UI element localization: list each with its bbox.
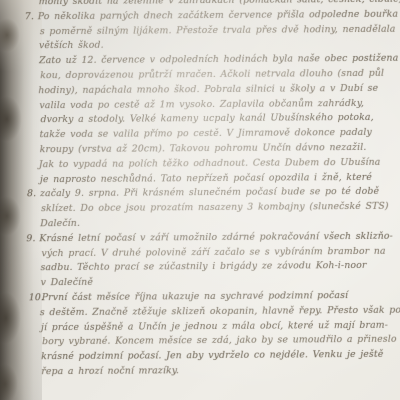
line-text: v Dalečíně [41, 277, 93, 288]
line-text: jí práce úspěšně a Unčín je jednou z mál… [41, 319, 388, 332]
line-text: První část měsíce října ukazuje na sychr… [42, 290, 348, 303]
paragraph-number: 10. [29, 291, 44, 306]
line-text: takže voda se valila přímo po cestě. V J… [40, 127, 372, 140]
line-text: Zato už 12. července v odpoledních hodin… [39, 53, 400, 67]
line-text: Krásné letní počasí v září umožnilo zdár… [39, 230, 393, 243]
line-text: hodiny), napáchala mnoho škod. Pobrala s… [38, 83, 378, 96]
paragraph-number: 9. [26, 232, 35, 247]
line-text: Jak to vypadá na polích těžko odhadnout.… [39, 157, 381, 170]
scan-blotch [0, 18, 20, 52]
line-text: kou, doprovázenou průtrží mračen. Ačkoli… [40, 68, 384, 81]
scan-blotch [0, 364, 18, 400]
paragraph-number: 8. [27, 188, 36, 203]
scanned-page: mohly škodit na zelenině v zahrádkách (p… [0, 0, 400, 400]
scan-blotch [0, 292, 21, 344]
paragraph-number: 7. [25, 10, 34, 25]
line-text: vých prací. V druhé polovině září začalo… [41, 245, 385, 258]
line-text: Dalečín. [40, 218, 80, 229]
line-text: valila voda po cestě až 1m vysoko. Zapla… [39, 98, 364, 111]
line-text: Po několika parných dnech začátkem červe… [38, 8, 398, 22]
manuscript-text: mohly škodit na zelenině v zahrádkách (p… [39, 0, 384, 380]
line-text: začaly 9. srpna. Při krásném slunečném p… [40, 186, 379, 199]
line-text: mohly škodit na zelenině v zahrádkách (p… [39, 0, 400, 7]
line-text: dvorky a stodoly. Velké kameny ucpaly ka… [40, 112, 373, 125]
scan-blotch [0, 96, 22, 142]
line-text: s poměrně silným lijákem. Přestože trval… [40, 23, 396, 36]
line-text: krásné podzimní počasí. Jen aby vydrželo… [41, 349, 383, 362]
line-text: kroupy (vrstva až 20cm). Takovou pohromu… [40, 142, 367, 155]
text-line: řepa a hrozí noční mrazíky. [41, 363, 383, 380]
line-text: s deštěm. Značně ztěžuje sklizeň okopani… [40, 304, 400, 318]
line-text: sklízet. Do obce jsou prozatím nasazeny … [41, 201, 389, 214]
line-text: větších škod. [39, 40, 104, 51]
line-text: řepa a hrozí noční mrazíky. [41, 365, 179, 377]
line-text: je naprosto neschůdná. Tato nepřízeň poč… [40, 171, 372, 184]
scan-blotch [0, 196, 21, 236]
line-text: bory vybrané. Koncem měsíce se zdá, jako… [42, 334, 397, 347]
line-text: sadbu. Těchto prací se zúčastnily i brig… [41, 260, 367, 273]
